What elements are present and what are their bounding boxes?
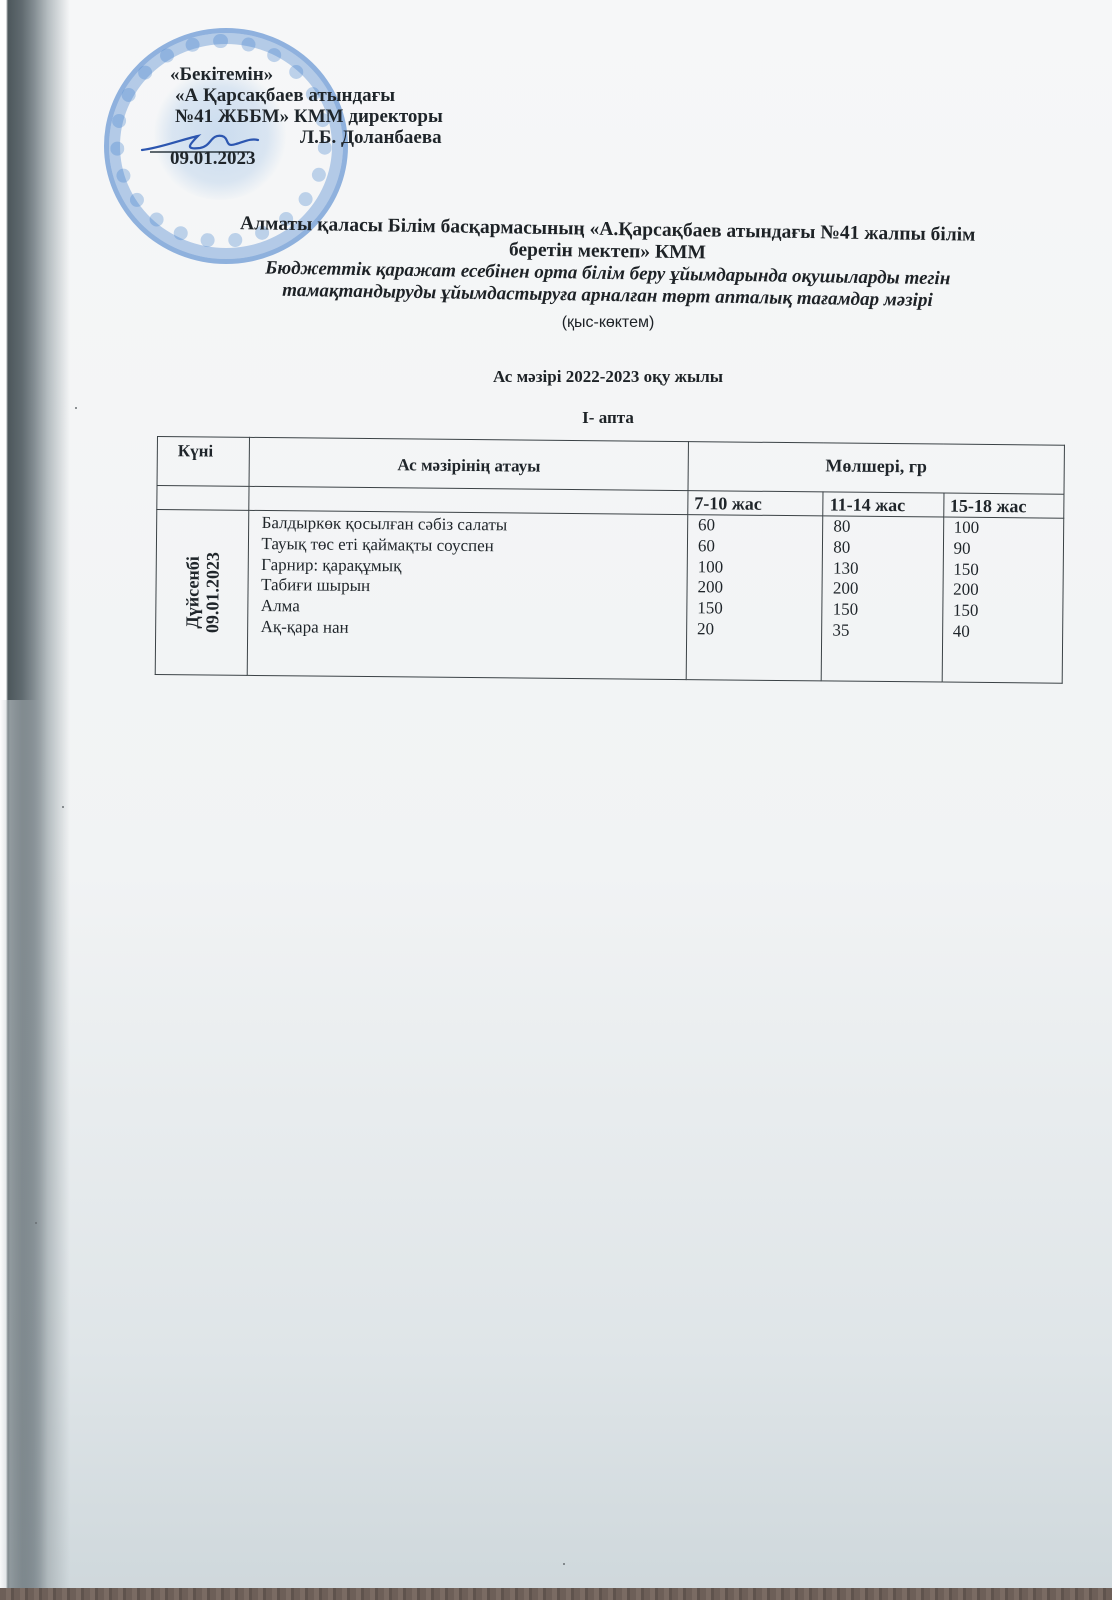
qty-value: 20 <box>697 619 822 641</box>
menu-table: Күні Ас мәзірінің атауы Мөлшері, гр 7-10… <box>155 436 1065 684</box>
paper-speck <box>62 806 64 808</box>
qty-value: 130 <box>833 558 942 580</box>
age-group-11-14: 11-14 жас <box>823 492 943 517</box>
approval-school: «А Қарсақбаев атындағы <box>170 85 443 106</box>
qty-value: 150 <box>953 601 1063 623</box>
empty-cell <box>157 486 250 511</box>
qty-cell-7-10: 60 60 100 200 150 20 <box>686 515 823 681</box>
table-row: Дүйсенбі 09.01.2023 Балдыркөк қосылған с… <box>155 510 1064 684</box>
day-cell: Дүйсенбі 09.01.2023 <box>155 510 249 676</box>
qty-cell-11-14: 80 80 130 200 150 35 <box>821 516 943 682</box>
qty-value: 80 <box>833 516 942 538</box>
qty-value: 150 <box>697 598 822 620</box>
age-group-7-10: 7-10 жас <box>688 491 824 516</box>
qty-value: 60 <box>698 536 823 558</box>
column-header-menu: Ас мәзірінің атауы <box>249 437 688 490</box>
qty-value: 90 <box>953 538 1063 560</box>
page-edge-shadow-lower <box>0 700 40 1588</box>
qty-cell-15-18: 100 90 150 200 150 40 <box>942 517 1064 683</box>
qty-value: 80 <box>833 537 942 559</box>
approval-title: «Бекітемін» <box>170 64 443 85</box>
approval-director-name: Л.Б. Доланбаева <box>170 127 443 148</box>
table-header-row: Күні Ас мәзірінің атауы Мөлшері, гр <box>157 437 1064 495</box>
dishes-cell: Балдыркөк қосылған сәбіз салаты Тауық тө… <box>248 510 688 679</box>
paper-speck <box>35 1222 37 1224</box>
qty-value: 35 <box>832 620 941 642</box>
day-label: Дүйсенбі 09.01.2023 <box>182 552 223 633</box>
paper-speck <box>563 1563 565 1565</box>
menu-table-container: Күні Ас мәзірінің атауы Мөлшері, гр 7-10… <box>155 436 1065 697</box>
approval-position: №41 ЖББМ» КММ директоры <box>170 106 443 127</box>
qty-value: 200 <box>833 579 942 601</box>
approval-block: «Бекітемін» «А Қарсақбаев атындағы №41 Ж… <box>170 64 443 169</box>
qty-value: 60 <box>698 515 823 537</box>
qty-value: 150 <box>953 559 1063 581</box>
qty-value: 200 <box>697 578 822 600</box>
column-header-day: Күні <box>157 437 250 487</box>
qty-value: 100 <box>698 557 823 579</box>
day-date: 09.01.2023 <box>202 552 223 633</box>
day-name: Дүйсенбі <box>182 552 203 633</box>
dish-item: Табиғи шырын <box>261 575 687 600</box>
column-header-quantity: Мөлшері, гр <box>688 442 1065 495</box>
qty-value: 100 <box>954 518 1064 540</box>
approval-date: 09.01.2023 <box>170 148 443 169</box>
dish-item: Ақ-қара нан <box>261 617 687 642</box>
background-surface <box>0 1588 1112 1600</box>
week-label: І- апта <box>168 408 1048 428</box>
dish-list: Балдыркөк қосылған сәбіз салаты Тауық тө… <box>249 511 688 642</box>
qty-value: 40 <box>953 622 1063 644</box>
paper-speck <box>75 407 77 409</box>
qty-value: 150 <box>833 600 942 622</box>
age-group-15-18: 15-18 жас <box>943 493 1064 518</box>
menu-year-title: Ас мәзірі 2022-2023 оқу жылы <box>168 367 1048 387</box>
qty-value: 200 <box>953 580 1063 602</box>
season-label: (қыс-көктем) <box>168 314 1048 332</box>
